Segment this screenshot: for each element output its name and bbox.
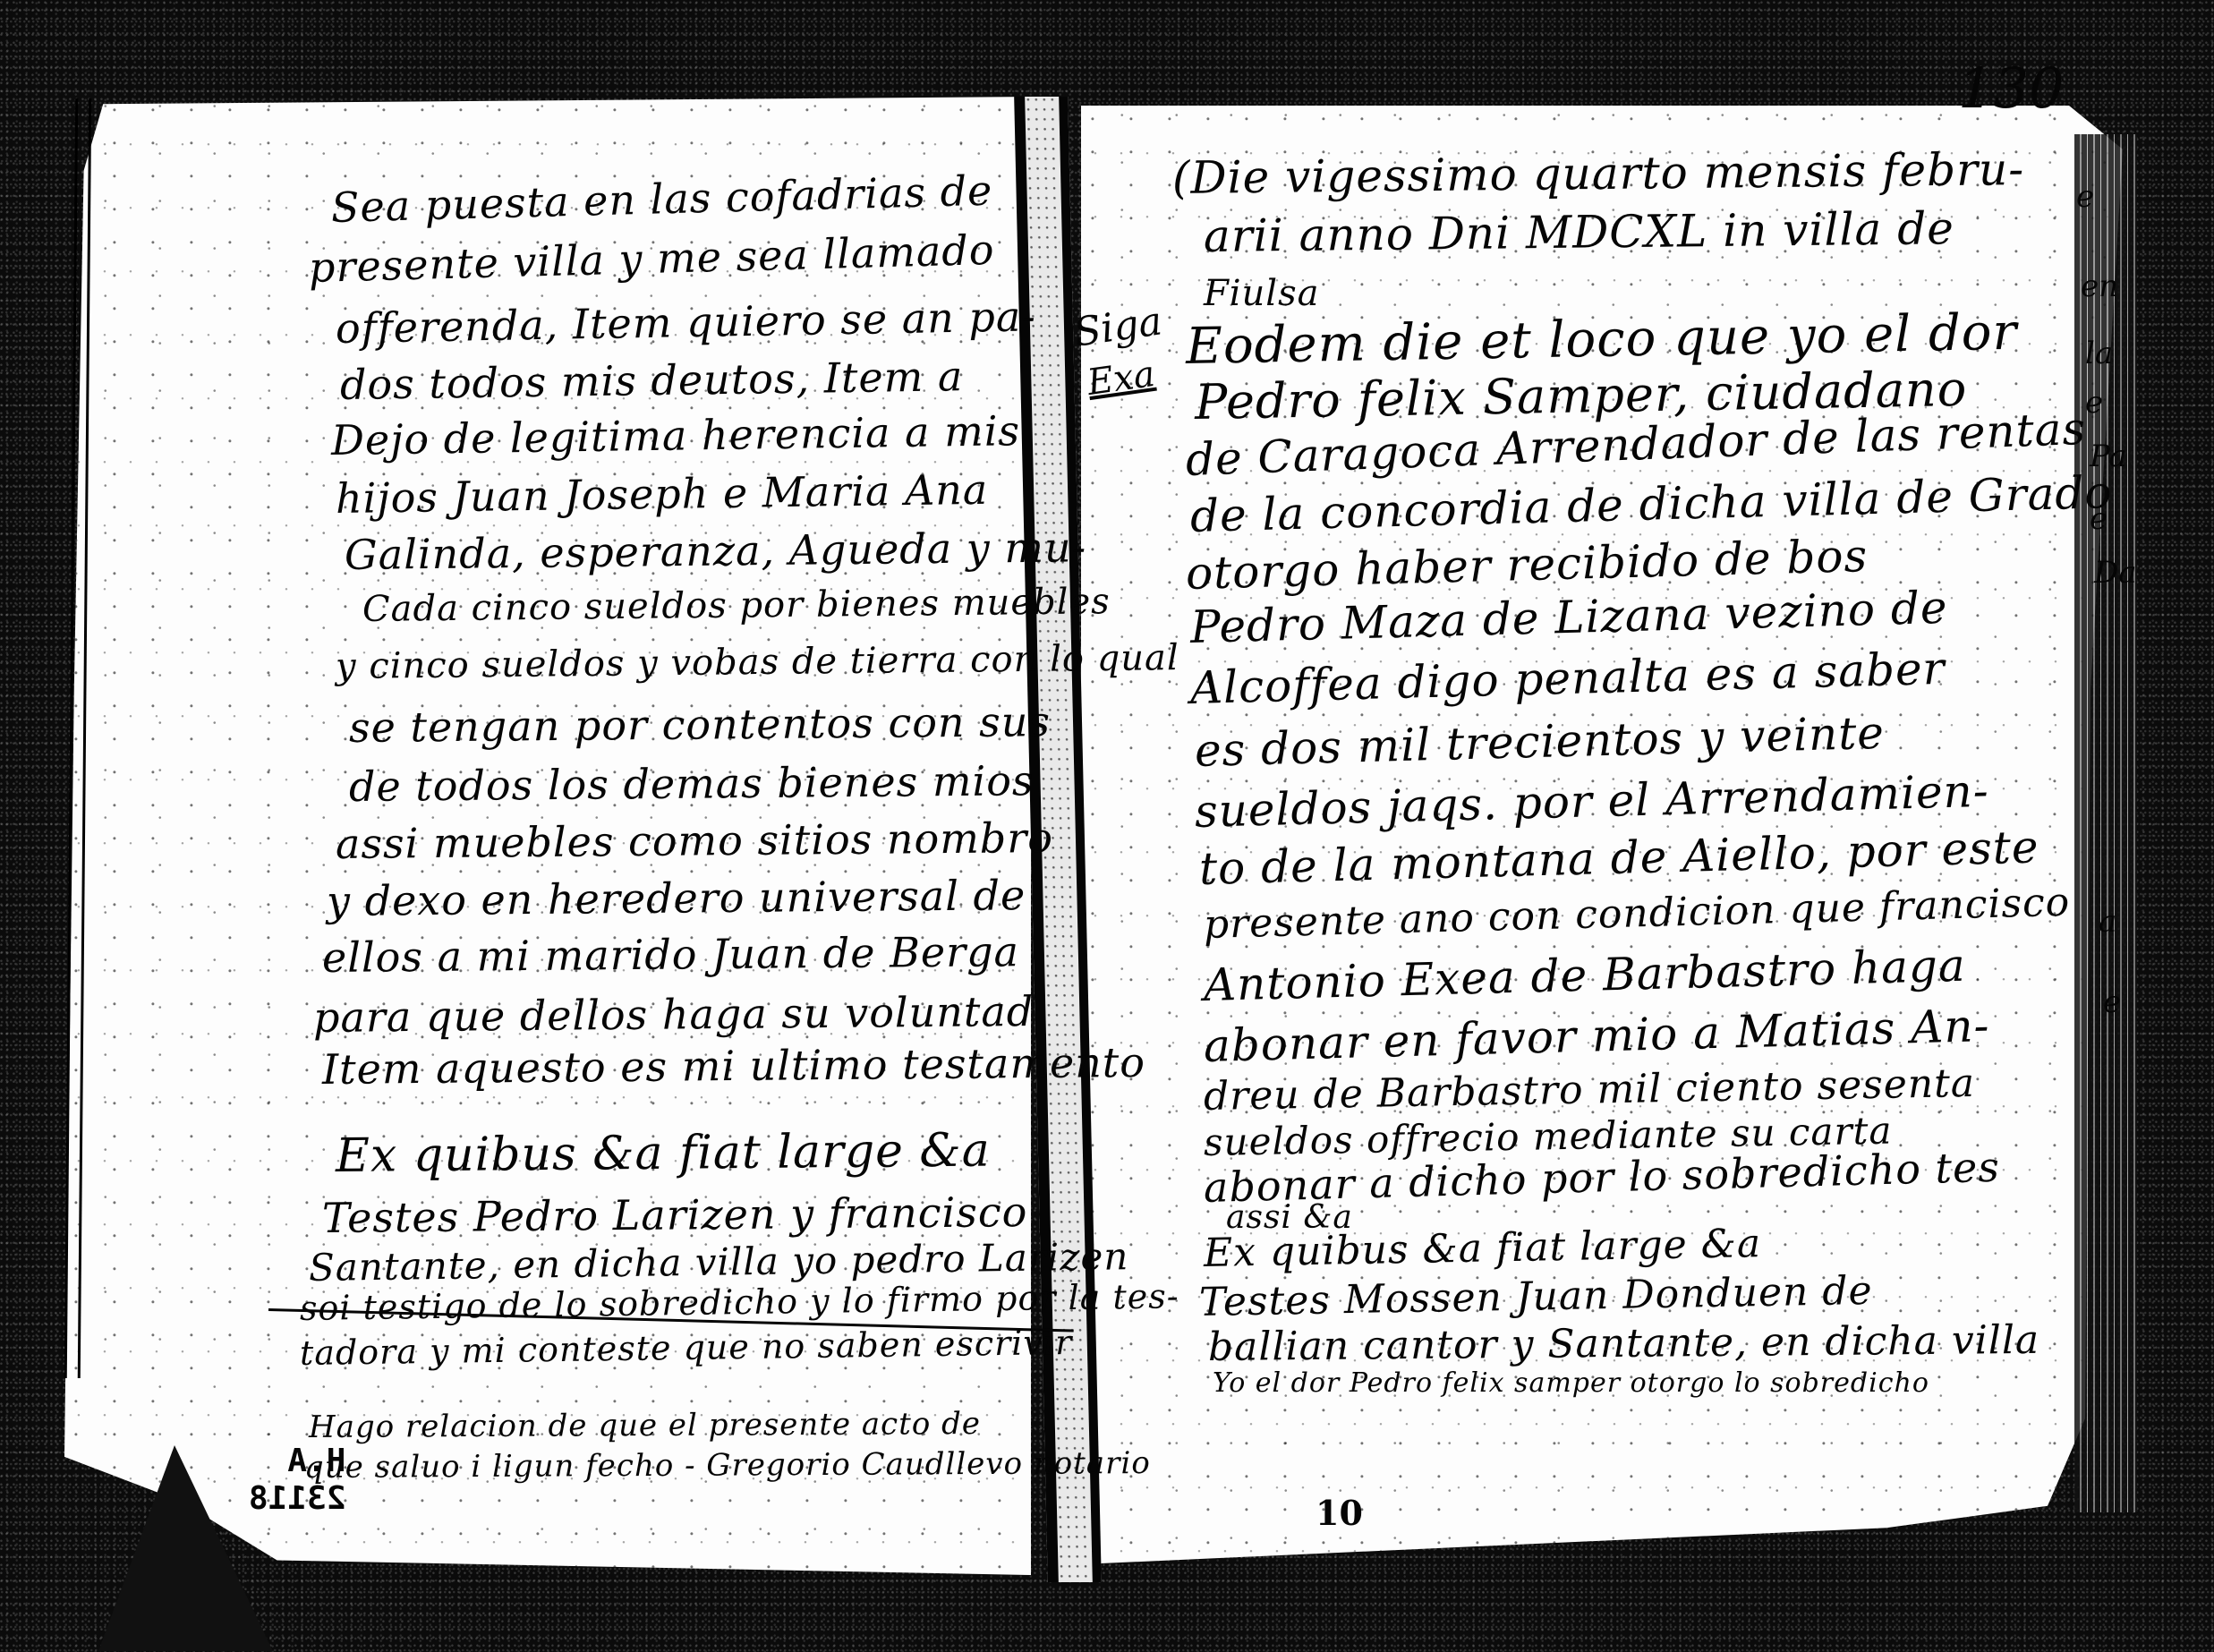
page-corner-fold — [98, 1445, 273, 1651]
left-line-12: assi muebles como sitios nombro — [336, 813, 1053, 868]
left-line-14: ellos a mi marido Juan de Berga — [322, 927, 1019, 982]
edge-fragment: a — [2099, 904, 2116, 940]
edge-fragment: e — [2090, 501, 2108, 537]
right-line-3: Fiulsa — [1204, 273, 1319, 314]
right-line-23: ballian cantor y Santante, en dicha vill… — [1208, 1317, 2040, 1370]
left-line-4: dos todos mis deutos, Item a — [340, 352, 964, 409]
footer-mark: 10 — [1316, 1493, 1363, 1533]
edge-fragment: la — [2085, 336, 2113, 371]
left-line-10: se tengan por contentos con sus — [349, 697, 1051, 752]
left-line-5: Dejo de legitima herencia a mis — [331, 406, 1021, 464]
left-line-13: y dexo en heredero universal de — [327, 871, 1026, 925]
left-line-7: Galinda, esperanza, Agueda y mu- — [345, 523, 1087, 579]
edge-fragment: e — [2103, 984, 2121, 1020]
archive-stamp-line-1: H.A — [249, 1443, 345, 1480]
left-line-22: Hago relacion de que el presente acto de — [309, 1406, 981, 1445]
left-line-23: que saluo i ligun fecho - Gregorio Caudl… — [304, 1445, 1151, 1486]
right-line-21: Ex quibus &a fiat large &a — [1204, 1221, 1762, 1276]
archive-stamp: H.A 23118 — [249, 1443, 345, 1518]
folio-number: 130 — [1958, 55, 2064, 121]
edge-fragment: e — [2085, 385, 2103, 421]
right-line-1: (Die vigessimo quarto mensis febru- — [1172, 143, 2025, 204]
left-line-15: para que dellos haga su voluntad — [313, 987, 1035, 1042]
left-line-8: Cada cinco sueldos por bienes muebles — [362, 581, 1111, 630]
left-line-18: Testes Pedro Larizen y francisco — [322, 1188, 1028, 1242]
left-line-17: Ex quibus &a fiat large &a — [336, 1124, 991, 1183]
right-line-2: arii anno Dni MDCXL in villa de — [1204, 202, 1954, 262]
edge-fragment: e — [2076, 179, 2094, 215]
edge-fragment: en — [2081, 268, 2118, 304]
archive-stamp-line-2: 23118 — [249, 1480, 345, 1518]
left-line-6: hijos Juan Joseph e Maria Ana — [336, 465, 989, 523]
edge-fragment: Pa — [2090, 439, 2127, 474]
left-line-16: Item aquesto es mi ultimo testamento — [322, 1038, 1145, 1094]
left-line-11: de todos los demas bienes mios — [349, 756, 1035, 811]
right-line-24: Yo el dor Pedro felix samper otorgo lo s… — [1213, 1367, 1929, 1399]
edge-fragment: Da — [2094, 555, 2137, 591]
